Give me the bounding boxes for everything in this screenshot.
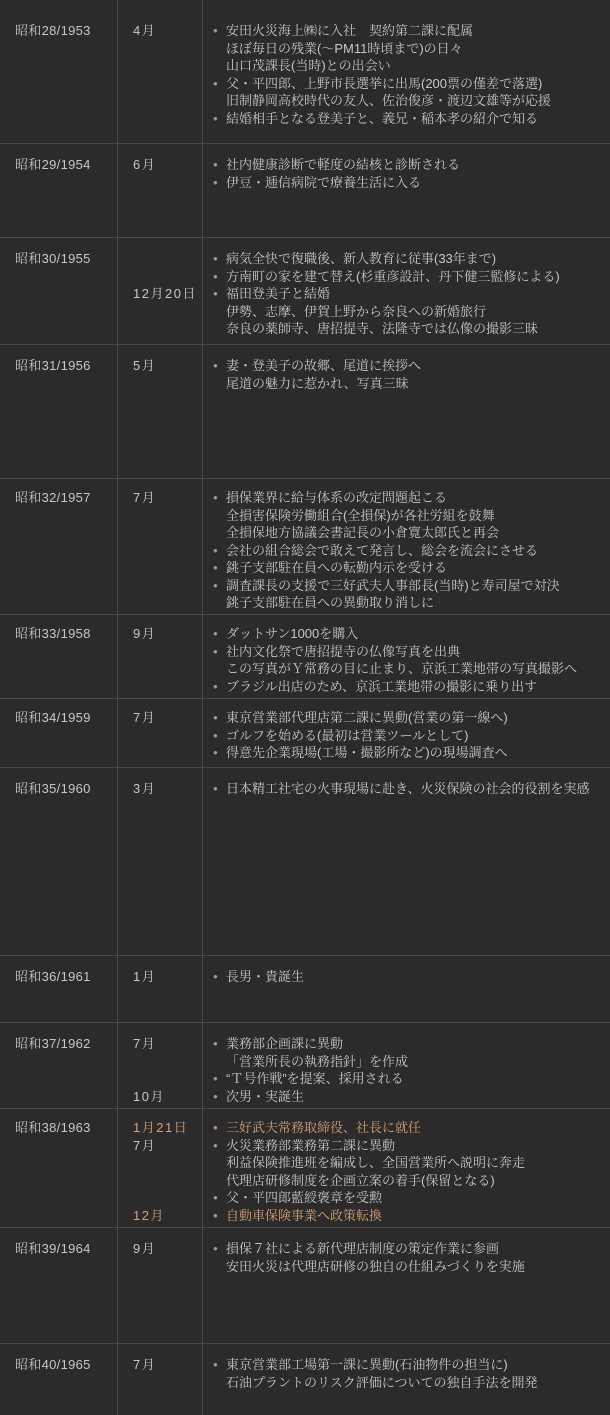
events-cell: ●損保７社による新代理店制度の策定作業に参画安田火災は代理店研修の独自の仕組みづ…: [202, 1228, 610, 1343]
event-line: ●業務部企画課に異動: [209, 1035, 610, 1053]
bullet-icon: ●: [213, 285, 218, 303]
event-line: ●次男・実誕生: [209, 1088, 610, 1106]
events-cell: ●日本精工社宅の火事現場に赴き、火災保険の社会的役割を実感: [202, 768, 610, 955]
event-text: 「営業所長の執務指針」を作成: [226, 1054, 408, 1069]
event-text: この写真がＹ常務の目に止まり、京浜工業地帯の写真撮影へ: [226, 661, 577, 676]
timeline-row: 昭和36/19611月●長男・貴誕生: [0, 955, 610, 1022]
event-line: 旧制静岡高校時代の友人、佐治俊彦・渡辺文雄等が応援: [209, 92, 610, 110]
event-line: ●社内文化祭で唐招提寺の仏像写真を出典: [209, 643, 610, 661]
event-text: 東京営業部代理店第二課に異動(営業の第一線へ): [226, 710, 508, 725]
month-cell: 6月: [117, 144, 202, 237]
bullet-icon: ●: [213, 1356, 218, 1374]
event-line: 「営業所長の執務指針」を作成: [209, 1053, 610, 1071]
month-label: 7月: [133, 489, 156, 507]
month-cell: 9月: [117, 615, 202, 698]
year-cell: 昭和31/1956: [0, 345, 117, 478]
event-text: 奈良の薬師寺、唐招提寺、法隆寺では仏像の撮影三昧: [226, 321, 538, 336]
event-text: “Ｔ号作戦”を提案、採用される: [226, 1071, 404, 1086]
month-label: 12月20日: [133, 285, 197, 303]
event-line: 全損保地方協議会書記長の小倉寛太郎氏と再会: [209, 524, 610, 542]
month-label: 9月: [133, 1240, 156, 1258]
bullet-icon: ●: [213, 1240, 218, 1258]
event-line: ●調査課長の支援で三好武夫人事部長(当時)と寿司屋で対決: [209, 577, 610, 595]
event-line: ●得意先企業現場(工場・撮影所など)の現場調査へ: [209, 744, 610, 762]
event-line: ●父・平四郎藍綬褒章を受勲: [209, 1189, 610, 1207]
event-text: ゴルフを始める(最初は営業ツールとして): [226, 728, 468, 743]
month-cell: 12月20日: [117, 238, 202, 344]
event-text: 業務部企画課に異動: [226, 1036, 343, 1051]
bullet-icon: ●: [213, 75, 218, 93]
events-cell: ●病気全快で復職後、新人教育に従事(33年まで)●方南町の家を建て替え(杉重彦設…: [202, 238, 610, 344]
event-text: 火災業務部業務第二課に異動: [226, 1138, 395, 1153]
event-text: 父・平四郎、上野市長選挙に出馬(200票の僅差で落選): [226, 76, 542, 91]
event-line: ●福田登美子と結婚: [209, 285, 610, 303]
timeline-row: 昭和38/19631月21日7月12月●三好武夫常務取締役、社長に就任●火災業務…: [0, 1108, 610, 1227]
event-line: ●火災業務部業務第二課に異動: [209, 1137, 610, 1155]
bullet-icon: ●: [213, 1035, 218, 1053]
event-line: ●ゴルフを始める(最初は営業ツールとして): [209, 727, 610, 745]
year-label: 昭和33/1958: [15, 626, 91, 641]
month-label: 7月: [133, 1035, 156, 1053]
event-line: ●銚子支部駐在員への転勤内示を受ける: [209, 559, 610, 577]
bullet-icon: ●: [213, 1137, 218, 1155]
event-text: 安田火災海上㈱に入社 契約第二課に配属: [226, 23, 473, 38]
event-line: 代理店研修制度を企画立案の着手(保留となる): [209, 1172, 610, 1190]
event-line: ●伊豆・逓信病院で療養生活に入る: [209, 174, 610, 192]
bullet-icon: ●: [213, 577, 218, 595]
event-text: 代理店研修制度を企画立案の着手(保留となる): [226, 1173, 495, 1188]
month-label: 9月: [133, 625, 156, 643]
event-text: 銚子支部駐在員への転勤内示を受ける: [226, 560, 447, 575]
event-line: ●東京営業部工場第一課に異動(石油物件の担当に): [209, 1356, 610, 1374]
month-label: 7月: [133, 1137, 156, 1155]
event-text: 日本精工社宅の火事現場に赴き、火災保険の社会的役割を実感: [226, 781, 589, 796]
year-label: 昭和40/1965: [15, 1357, 91, 1372]
event-text: 銚子支部駐在員への異動取り消しに: [226, 595, 434, 610]
event-text: 病気全快で復職後、新人教育に従事(33年まで): [226, 251, 496, 266]
timeline-row: 昭和29/19546月●社内健康診断で軽度の結核と診断される●伊豆・逓信病院で療…: [0, 143, 610, 237]
bullet-icon: ●: [213, 559, 218, 577]
event-line: 利益保険推進班を編成し、全国営業所へ説明に奔走: [209, 1154, 610, 1172]
month-cell: 7月10月: [117, 1023, 202, 1108]
bullet-icon: ●: [213, 489, 218, 507]
year-cell: 昭和39/1964: [0, 1228, 117, 1343]
bullet-icon: ●: [213, 268, 218, 286]
event-text: 妻・登美子の故郷、尾道に挨拶へ: [226, 358, 421, 373]
event-text: 父・平四郎藍綬褒章を受勲: [226, 1190, 382, 1205]
timeline-row: 昭和31/19565月●妻・登美子の故郷、尾道に挨拶へ尾道の魅力に惹かれ、写真三…: [0, 344, 610, 478]
event-text: 旧制静岡高校時代の友人、佐治俊彦・渡辺文雄等が応援: [226, 93, 551, 108]
event-line: ●病気全快で復職後、新人教育に従事(33年まで): [209, 250, 610, 268]
event-line: ●長男・貴誕生: [209, 968, 610, 986]
event-line: ●ブラジル出店のため、京浜工業地帯の撮影に乗り出す: [209, 678, 610, 696]
bullet-icon: ●: [213, 643, 218, 661]
bullet-icon: ●: [213, 678, 218, 696]
event-text: 損保業界に給与体系の改定問題起こる: [226, 490, 447, 505]
bullet-icon: ●: [213, 250, 218, 268]
year-label: 昭和34/1959: [15, 710, 91, 725]
event-text: 自動車保険事業へ政策転換: [226, 1208, 382, 1223]
event-text: 長男・貴誕生: [226, 969, 304, 984]
bullet-icon: ●: [213, 625, 218, 643]
month-cell: 5月: [117, 345, 202, 478]
event-line: ●妻・登美子の故郷、尾道に挨拶へ: [209, 357, 610, 375]
event-text: 伊勢、志摩、伊賀上野から奈良への新婚旅行: [226, 304, 486, 319]
bullet-icon: ●: [213, 1189, 218, 1207]
chronology-table: 昭和28/19534月●安田火災海上㈱に入社 契約第二課に配属ほぼ毎日の残業(〜…: [0, 0, 610, 1415]
year-cell: 昭和33/1958: [0, 615, 117, 698]
event-line: 伊勢、志摩、伊賀上野から奈良への新婚旅行: [209, 303, 610, 321]
event-text: 会社の組合総会で敢えて発言し、総会を流会にさせる: [226, 543, 538, 558]
timeline-row: 昭和28/19534月●安田火災海上㈱に入社 契約第二課に配属ほぼ毎日の残業(〜…: [0, 0, 610, 143]
month-cell: 7月: [117, 1344, 202, 1415]
year-label: 昭和28/1953: [15, 23, 91, 38]
year-cell: 昭和29/1954: [0, 144, 117, 237]
event-text: 伊豆・逓信病院で療養生活に入る: [226, 175, 421, 190]
event-text: 方南町の家を建て替え(杉重彦設計、丹下健三監修による): [226, 269, 560, 284]
event-text: 安田火災は代理店研修の独自の仕組みづくりを実施: [226, 1259, 525, 1274]
events-cell: ●東京営業部工場第一課に異動(石油物件の担当に)石油プラントのリスク評価について…: [202, 1344, 610, 1415]
event-line: ●自動車保険事業へ政策転換: [209, 1207, 610, 1225]
event-line: ●社内健康診断で軽度の結核と診断される: [209, 156, 610, 174]
events-cell: ●妻・登美子の故郷、尾道に挨拶へ尾道の魅力に惹かれ、写真三昧: [202, 345, 610, 478]
events-cell: ●長男・貴誕生: [202, 956, 610, 1022]
month-label: 12月: [133, 1207, 165, 1225]
year-label: 昭和38/1963: [15, 1120, 91, 1135]
event-text: 社内文化祭で唐招提寺の仏像写真を出典: [226, 644, 460, 659]
month-cell: 7月: [117, 479, 202, 614]
event-line: 石油プラントのリスク評価についての独自手法を開発: [209, 1374, 610, 1392]
year-label: 昭和39/1964: [15, 1241, 91, 1256]
event-text: 東京営業部工場第一課に異動(石油物件の担当に): [226, 1357, 508, 1372]
events-cell: ●安田火災海上㈱に入社 契約第二課に配属ほぼ毎日の残業(〜PM11時頃まで)の日…: [202, 0, 610, 143]
bullet-icon: ●: [213, 174, 218, 192]
event-line: ●会社の組合総会で敢えて発言し、総会を流会にさせる: [209, 542, 610, 560]
event-line: ●結婚相手となる登美子と、義兄・稲本孝の紹介で知る: [209, 110, 610, 128]
event-line: ●東京営業部代理店第二課に異動(営業の第一線へ): [209, 709, 610, 727]
event-text: 得意先企業現場(工場・撮影所など)の現場調査へ: [226, 745, 508, 760]
events-cell: ●社内健康診断で軽度の結核と診断される●伊豆・逓信病院で療養生活に入る: [202, 144, 610, 237]
month-cell: 3月: [117, 768, 202, 955]
event-text: 結婚相手となる登美子と、義兄・稲本孝の紹介で知る: [226, 111, 538, 126]
month-cell: 4月: [117, 0, 202, 143]
event-text: 尾道の魅力に惹かれ、写真三昧: [226, 376, 409, 391]
year-label: 昭和36/1961: [15, 969, 91, 984]
timeline-row: 昭和39/19649月●損保７社による新代理店制度の策定作業に参画安田火災は代理…: [0, 1227, 610, 1343]
year-cell: 昭和37/1962: [0, 1023, 117, 1108]
event-text: ブラジル出店のため、京浜工業地帯の撮影に乗り出す: [226, 679, 537, 694]
year-label: 昭和29/1954: [15, 157, 91, 172]
month-label: 4月: [133, 22, 156, 40]
events-cell: ●ダットサン1000を購入●社内文化祭で唐招提寺の仏像写真を出典この写真がＹ常務…: [202, 615, 610, 698]
event-line: ●損保７社による新代理店制度の策定作業に参画: [209, 1240, 610, 1258]
event-line: ●父・平四郎、上野市長選挙に出馬(200票の僅差で落選): [209, 75, 610, 93]
event-text: 次男・実誕生: [226, 1089, 304, 1104]
year-cell: 昭和34/1959: [0, 699, 117, 767]
event-line: ●“Ｔ号作戦”を提案、採用される: [209, 1070, 610, 1088]
bullet-icon: ●: [213, 744, 218, 762]
event-line: 尾道の魅力に惹かれ、写真三昧: [209, 375, 610, 393]
event-line: ●ダットサン1000を購入: [209, 625, 610, 643]
bullet-icon: ●: [213, 357, 218, 375]
timeline-row: 昭和40/19657月●東京営業部工場第一課に異動(石油物件の担当に)石油プラン…: [0, 1343, 610, 1415]
year-label: 昭和32/1957: [15, 490, 91, 505]
year-label: 昭和37/1962: [15, 1036, 91, 1051]
month-label: 7月: [133, 709, 156, 727]
event-line: ●三好武夫常務取締役、社長に就任: [209, 1119, 610, 1137]
events-cell: ●損保業界に給与体系の改定問題起こる全損害保険労働組合(全損保)が各社労組を鼓舞…: [202, 479, 610, 614]
bullet-icon: ●: [213, 727, 218, 745]
event-text: 全損害保険労働組合(全損保)が各社労組を鼓舞: [226, 508, 495, 523]
events-cell: ●三好武夫常務取締役、社長に就任●火災業務部業務第二課に異動利益保険推進班を編成…: [202, 1109, 610, 1227]
timeline-row: 昭和34/19597月●東京営業部代理店第二課に異動(営業の第一線へ)●ゴルフを…: [0, 698, 610, 767]
bullet-icon: ●: [213, 156, 218, 174]
event-line: ●安田火災海上㈱に入社 契約第二課に配属: [209, 22, 610, 40]
timeline-row: 昭和33/19589月●ダットサン1000を購入●社内文化祭で唐招提寺の仏像写真…: [0, 614, 610, 698]
event-text: 社内健康診断で軽度の結核と診断される: [226, 157, 460, 172]
month-cell: 7月: [117, 699, 202, 767]
event-text: 三好武夫常務取締役、社長に就任: [226, 1120, 421, 1135]
month-label: 6月: [133, 156, 156, 174]
event-text: 調査課長の支援で三好武夫人事部長(当時)と寿司屋で対決: [226, 578, 560, 593]
year-label: 昭和31/1956: [15, 358, 91, 373]
bullet-icon: ●: [213, 110, 218, 128]
month-cell: 9月: [117, 1228, 202, 1343]
events-cell: ●東京営業部代理店第二課に異動(営業の第一線へ)●ゴルフを始める(最初は営業ツー…: [202, 699, 610, 767]
year-cell: 昭和38/1963: [0, 1109, 117, 1227]
timeline-row: 昭和30/195512月20日●病気全快で復職後、新人教育に従事(33年まで)●…: [0, 237, 610, 344]
month-cell: 1月21日7月12月: [117, 1109, 202, 1227]
bullet-icon: ●: [213, 968, 218, 986]
event-text: 利益保険推進班を編成し、全国営業所へ説明に奔走: [226, 1155, 525, 1170]
bullet-icon: ●: [213, 22, 218, 40]
year-label: 昭和30/1955: [15, 251, 91, 266]
month-cell: 1月: [117, 956, 202, 1022]
event-line: ●方南町の家を建て替え(杉重彦設計、丹下健三監修による): [209, 268, 610, 286]
event-line: ●日本精工社宅の火事現場に赴き、火災保険の社会的役割を実感: [209, 780, 610, 798]
month-label: 5月: [133, 357, 156, 375]
month-label: 10月: [133, 1088, 165, 1106]
year-cell: 昭和36/1961: [0, 956, 117, 1022]
bullet-icon: ●: [213, 1119, 218, 1137]
year-cell: 昭和40/1965: [0, 1344, 117, 1415]
event-line: この写真がＹ常務の目に止まり、京浜工業地帯の写真撮影へ: [209, 660, 610, 678]
event-line: ●損保業界に給与体系の改定問題起こる: [209, 489, 610, 507]
event-text: ほぼ毎日の残業(〜PM11時頃まで)の日々: [226, 41, 463, 56]
event-text: 福田登美子と結婚: [226, 286, 330, 301]
timeline-row: 昭和32/19577月●損保業界に給与体系の改定問題起こる全損害保険労働組合(全…: [0, 478, 610, 614]
event-text: 全損保地方協議会書記長の小倉寛太郎氏と再会: [226, 525, 499, 540]
timeline-row: 昭和35/19603月●日本精工社宅の火事現場に赴き、火災保険の社会的役割を実感: [0, 767, 610, 955]
event-line: 山口茂課長(当時)との出会い: [209, 57, 610, 75]
event-line: ほぼ毎日の残業(〜PM11時頃まで)の日々: [209, 40, 610, 58]
year-label: 昭和35/1960: [15, 781, 91, 796]
bullet-icon: ●: [213, 1207, 218, 1225]
event-text: 石油プラントのリスク評価についての独自手法を開発: [226, 1375, 537, 1390]
bullet-icon: ●: [213, 1088, 218, 1106]
event-text: 山口茂課長(当時)との出会い: [226, 58, 391, 73]
month-label: 1月: [133, 968, 156, 986]
events-cell: ●業務部企画課に異動「営業所長の執務指針」を作成●“Ｔ号作戦”を提案、採用される…: [202, 1023, 610, 1108]
year-cell: 昭和30/1955: [0, 238, 117, 344]
event-line: 奈良の薬師寺、唐招提寺、法隆寺では仏像の撮影三昧: [209, 320, 610, 338]
bullet-icon: ●: [213, 780, 218, 798]
year-cell: 昭和35/1960: [0, 768, 117, 955]
timeline-row: 昭和37/19627月10月●業務部企画課に異動「営業所長の執務指針」を作成●“…: [0, 1022, 610, 1108]
year-cell: 昭和32/1957: [0, 479, 117, 614]
month-label: 1月21日: [133, 1119, 188, 1137]
bullet-icon: ●: [213, 1070, 218, 1088]
event-text: ダットサン1000を購入: [226, 626, 358, 641]
bullet-icon: ●: [213, 709, 218, 727]
bullet-icon: ●: [213, 542, 218, 560]
year-cell: 昭和28/1953: [0, 0, 117, 143]
event-text: 損保７社による新代理店制度の策定作業に参画: [226, 1241, 499, 1256]
event-line: 安田火災は代理店研修の独自の仕組みづくりを実施: [209, 1258, 610, 1276]
month-label: 3月: [133, 780, 156, 798]
event-line: 銚子支部駐在員への異動取り消しに: [209, 594, 610, 612]
month-label: 7月: [133, 1356, 156, 1374]
event-line: 全損害保険労働組合(全損保)が各社労組を鼓舞: [209, 507, 610, 525]
